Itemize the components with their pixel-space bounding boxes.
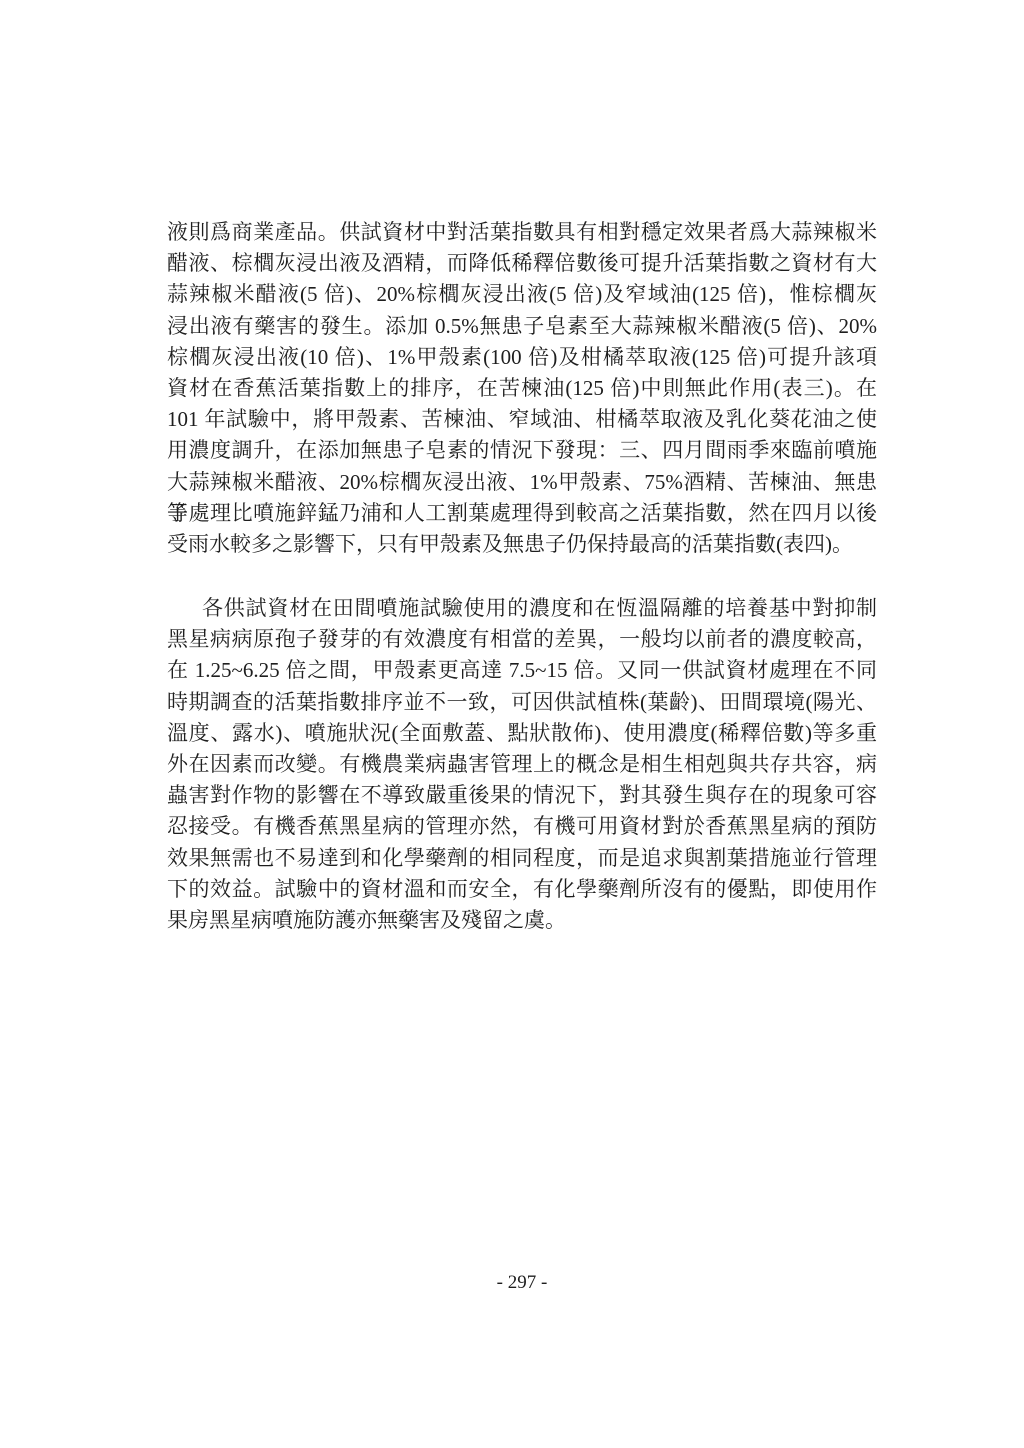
text-line: 黑星病病原孢子發芽的有效濃度有相當的差異，一般均以前者的濃度較高， bbox=[167, 624, 877, 655]
text-line: 蟲害對作物的影響在不導致嚴重後果的情況下，對其發生與存在的現象可容 bbox=[167, 780, 877, 811]
text-line: 外在因素而改變。有機農業病蟲害管理上的概念是相生相剋與共存共容，病 bbox=[167, 749, 877, 780]
text-line: 下的效益。試驗中的資材溫和而安全，有化學藥劑所沒有的優點，即使用作 bbox=[167, 874, 877, 905]
text-line: 醋液、棕櫚灰浸出液及酒精，而降低稀釋倍數後可提升活葉指數之資材有大 bbox=[167, 248, 877, 279]
text-line: 各供試資材在田間噴施試驗使用的濃度和在恆溫隔離的培養基中對抑制 bbox=[167, 593, 877, 624]
paragraph-2: 各供試資材在田間噴施試驗使用的濃度和在恆溫隔離的培養基中對抑制 黑星病病原孢子發… bbox=[167, 593, 877, 936]
text-line: 用濃度調升，在添加無患子皂素的情況下發現：三、四月間雨季來臨前噴施 bbox=[167, 435, 877, 466]
paragraph-1: 液則爲商業產品。供試資材中對活葉指數具有相對穩定效果者爲大蒜辣椒米 醋液、棕櫚灰… bbox=[167, 217, 877, 560]
text-line: 棕櫚灰浸出液(10 倍)、1%甲殼素(100 倍)及柑橘萃取液(125 倍)可提… bbox=[167, 342, 877, 373]
text-line: 資材在香蕉活葉指數上的排序，在苦楝油(125 倍)中則無此作用(表三)。在 bbox=[167, 373, 877, 404]
text-line: 忍接受。有機香蕉黑星病的管理亦然，有機可用資材對於香蕉黑星病的預防 bbox=[167, 811, 877, 842]
text-line: 蒜辣椒米醋液(5 倍)、20%棕櫚灰浸出液(5 倍)及窄域油(125 倍)，惟棕… bbox=[167, 279, 877, 310]
text-line: 在 1.25~6.25 倍之間，甲殼素更高達 7.5~15 倍。又同一供試資材處… bbox=[167, 655, 877, 686]
text-line: 溫度、露水)、噴施狀況(全面敷蓋、點狀散佈)、使用濃度(稀釋倍數)等多重 bbox=[167, 718, 877, 749]
text-line: 果房黑星病噴施防護亦無藥害及殘留之虞。 bbox=[167, 905, 877, 936]
body-text: 液則爲商業產品。供試資材中對活葉指數具有相對穩定效果者爲大蒜辣椒米 醋液、棕櫚灰… bbox=[167, 217, 877, 936]
text-line: 受雨水較多之影響下，只有甲殼素及無患子仍保持最高的活葉指數(表四)。 bbox=[167, 529, 877, 560]
page-number: - 297 - bbox=[167, 1272, 877, 1294]
text-line: 101 年試驗中，將甲殼素、苦楝油、窄域油、柑橘萃取液及乳化葵花油之使 bbox=[167, 404, 877, 435]
document-page: 液則爲商業產品。供試資材中對活葉指數具有相對穩定效果者爲大蒜辣椒米 醋液、棕櫚灰… bbox=[0, 0, 1024, 1448]
text-line: 等處理比噴施鋅錳乃浦和人工割葉處理得到較高之活葉指數，然在四月以後 bbox=[167, 498, 877, 529]
text-line: 大蒜辣椒米醋液、20%棕櫚灰浸出液、1%甲殼素、75%酒精、苦楝油、無患子 bbox=[167, 467, 877, 498]
text-line: 液則爲商業產品。供試資材中對活葉指數具有相對穩定效果者爲大蒜辣椒米 bbox=[167, 217, 877, 248]
text-line: 浸出液有藥害的發生。添加 0.5%無患子皂素至大蒜辣椒米醋液(5 倍)、20% bbox=[167, 311, 877, 342]
text-line: 效果無需也不易達到和化學藥劑的相同程度，而是追求與割葉措施並行管理 bbox=[167, 843, 877, 874]
text-line: 時期調查的活葉指數排序並不一致，可因供試植株(葉齡)、田間環境(陽光、 bbox=[167, 687, 877, 718]
